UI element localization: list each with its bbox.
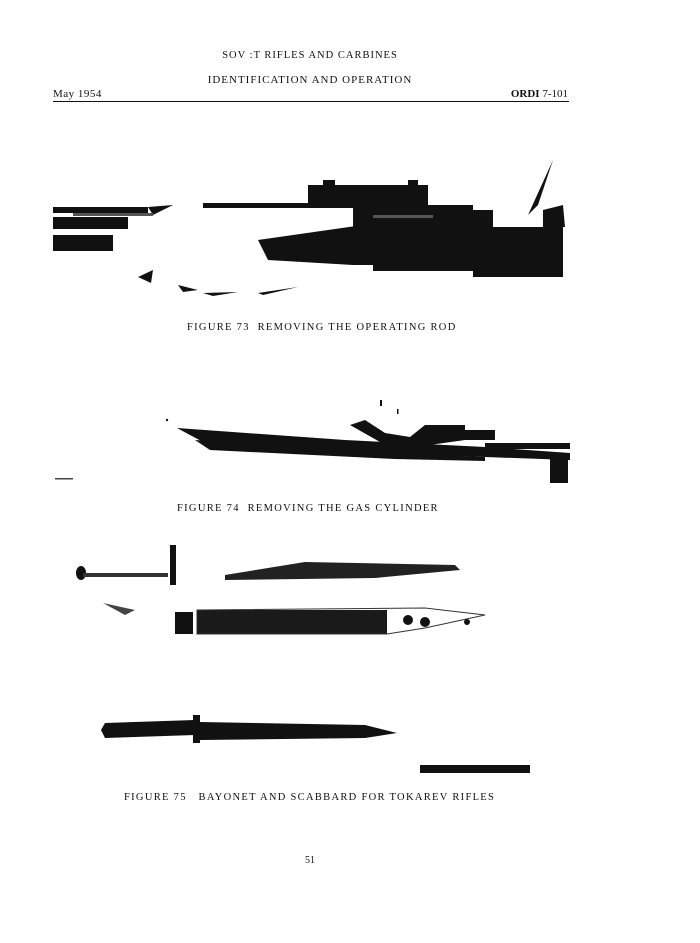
- page-number: 51: [300, 855, 320, 866]
- document-code-prefix: ORDI: [511, 88, 540, 100]
- document-title-line2: IDENTIFICATION AND OPERATION: [0, 74, 620, 86]
- document-code-number: 7-101: [540, 88, 568, 100]
- document-title-line1: SOV :T RIFLES AND CARBINES: [0, 50, 620, 61]
- figure-73-image: [53, 155, 568, 300]
- figure-75-image: [75, 540, 535, 780]
- figure-75-caption: FIGURE 75 BAYONET AND SCABBARD FOR TOKAR…: [124, 792, 495, 803]
- figure-74-caption: FIGURE 74 REMOVING THE GAS CYLINDER: [177, 503, 439, 514]
- figure-73-caption: FIGURE 73 REMOVING THE OPERATING ROD: [187, 322, 457, 333]
- document-code: ORDI 7-101: [470, 88, 568, 100]
- figure-74-image: [165, 395, 575, 485]
- header-rule: [53, 101, 569, 102]
- stray-mark: [55, 478, 75, 481]
- document-date: May 1954: [53, 88, 102, 100]
